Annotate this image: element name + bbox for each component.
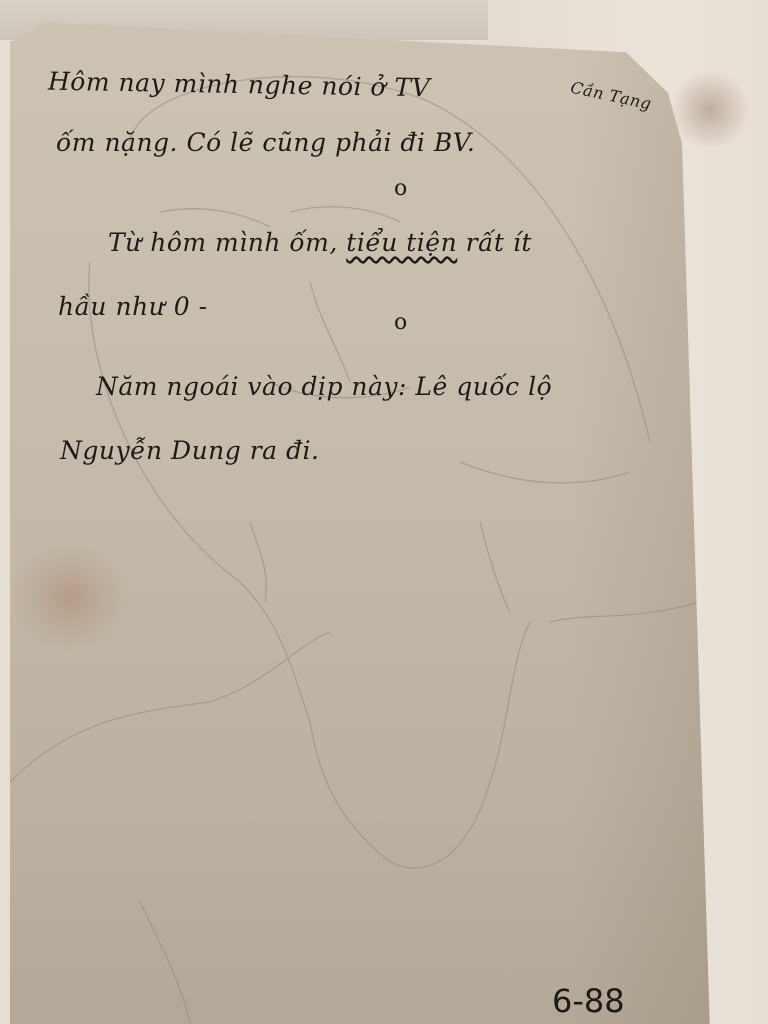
pencil-sketch-face <box>10 22 710 1024</box>
stain-mark <box>670 70 750 150</box>
text-line-3-end: rất ít <box>457 228 532 257</box>
notebook-page <box>10 22 710 1024</box>
text-line-3-start: Từ hôm mình ốm, <box>108 228 338 257</box>
text-line-3: Từ hôm mình ốm, tiểu tiện rất ít <box>108 228 532 257</box>
text-line-5: Năm ngoái vào dịp này: Lê quốc lộ <box>96 372 552 401</box>
text-line-4: hầu như 0 - <box>58 292 208 321</box>
underlined-word: tiểu tiện <box>346 228 457 257</box>
section-separator: o <box>394 176 408 201</box>
section-separator: o <box>394 310 408 335</box>
page-number: 6-88 <box>552 982 625 1020</box>
text-line-6: Nguyễn Dung ra đi. <box>60 436 319 465</box>
text-line-2: ốm nặng. Có lẽ cũng phải đi BV. <box>56 128 475 157</box>
